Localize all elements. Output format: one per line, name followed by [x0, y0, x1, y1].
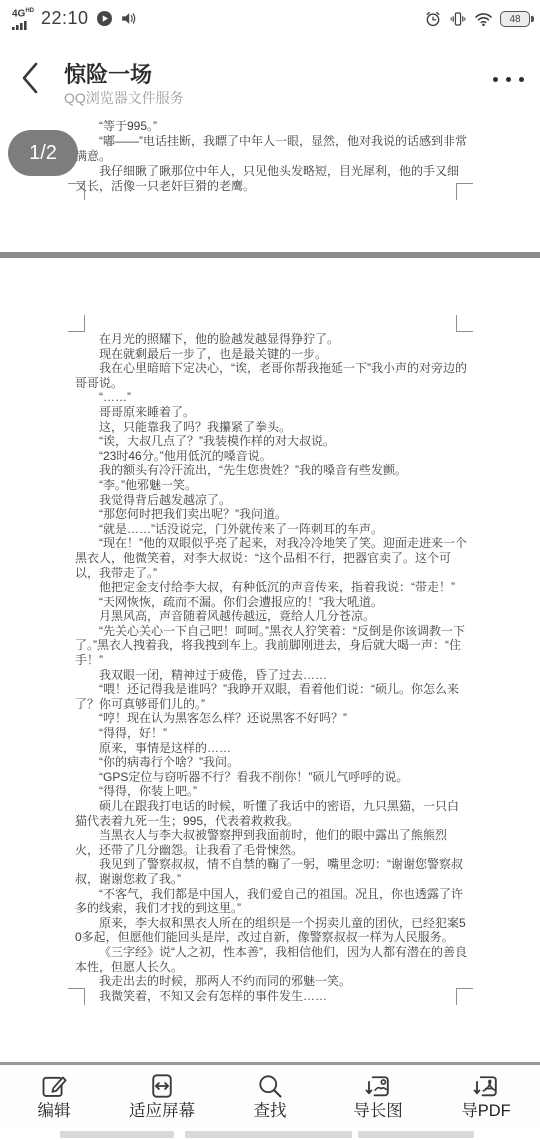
- doc-paragraph: “GPS定位与窃听器不行？看我不削你！”硕儿气呼呼的说。: [75, 770, 470, 785]
- vibrate-icon: [449, 10, 467, 28]
- nav-segment-left[interactable]: [60, 1131, 174, 1138]
- doc-paragraph: 我微笑着，不知又会有怎样的事件发生……: [75, 989, 470, 1004]
- doc-paragraph: “等于995。”: [75, 119, 470, 134]
- doc-paragraph: 我走出去的时候，那两人不约而同的邪魅一笑。: [75, 974, 470, 989]
- export-pdf-button[interactable]: 导PDF: [443, 1072, 529, 1120]
- doc-paragraph: “得得，你装上吧。”: [75, 784, 470, 799]
- page2-margin-mark-bottom-right: [456, 988, 473, 1005]
- doc-paragraph: 我仔细瞅了瞅那位中年人，只见他头发略短，目光犀利，他的手又细又长，活像一只老奸巨…: [75, 164, 470, 194]
- export-pdf-icon: [472, 1072, 500, 1100]
- export-image-icon: [364, 1072, 392, 1100]
- doc-paragraph: “那您何时把我们卖出呢？”我问道。: [75, 507, 470, 522]
- doc-paragraph: “23时46分。”他用低沉的嗓音说。: [75, 449, 470, 464]
- battery-icon: 48: [500, 11, 530, 27]
- network-type-label: 4G: [12, 9, 25, 20]
- doc-paragraph: 原来，事情是这样的……: [75, 741, 470, 756]
- status-bar: 4GHD 22:10: [0, 0, 540, 38]
- doc-paragraph: “嘟——”电话挂断，我瞟了中年人一眼，显然，他对我说的话感到非常满意。: [75, 134, 470, 164]
- nav-segment-center[interactable]: [185, 1131, 352, 1138]
- system-nav-bar: [0, 1128, 540, 1140]
- doc-paragraph: “你的病毒行个啥？”我问。: [75, 755, 470, 770]
- page2-margin-mark-top-left: [68, 315, 85, 332]
- doc-paragraph: 我在心里暗暗下定决心，“诶，老哥你帮我拖延一下”我小声的对旁边的哥哥说。: [75, 361, 470, 390]
- find-label: 查找: [254, 1102, 287, 1120]
- doc-paragraph: 这，只能靠我了吗？我攥紧了拳头。: [75, 420, 470, 435]
- chevron-left-icon: [20, 61, 40, 95]
- page-indicator-badge: 1/2: [8, 130, 78, 176]
- title-bar: 惊险一场 QQ浏览器文件服务: [0, 38, 540, 115]
- export-long-image-button[interactable]: 导长图: [335, 1072, 421, 1120]
- document-page-2[interactable]: 在月光的照耀下，他的脸越发越显得狰狞了。现在就剩最后一步了，也是最关键的一步。我…: [0, 258, 540, 1062]
- speaker-icon: [120, 10, 137, 27]
- battery-percent: 48: [509, 14, 520, 25]
- doc-paragraph: “天网恢恢，疏而不漏。你们会遭报应的！”我大吼道。: [75, 595, 470, 610]
- doc-paragraph: 我的额头有冷汗流出，“先生您贵姓？”我的嗓音有些发颤。: [75, 463, 470, 478]
- document-source: QQ浏览器文件服务: [64, 88, 184, 108]
- doc-paragraph: “哼！现在认为黑客怎么样？还说黑客不好吗？”: [75, 711, 470, 726]
- doc-paragraph: “先关心关心一下自己吧！呵呵。”黑衣人狞笑着：“反倒是你该调教一下了。”黑衣人拽…: [75, 624, 470, 668]
- find-button[interactable]: 查找: [227, 1072, 313, 1120]
- doc-paragraph: “……”: [75, 390, 470, 405]
- doc-paragraph: “诶，大叔几点了？”我装模作样的对大叔说。: [75, 434, 470, 449]
- edit-label: 编辑: [38, 1102, 71, 1120]
- doc-paragraph: 当黑衣人与李大叔被警察押到我面前时，他们的眼中露出了熊熊烈火，还带了几分幽怨。让…: [75, 828, 470, 857]
- back-button[interactable]: [12, 56, 48, 100]
- page2-margin-mark-bottom-left: [68, 988, 85, 1005]
- media-play-icon: [96, 10, 113, 27]
- page1-margin-mark-bottom-right: [456, 183, 473, 200]
- doc-paragraph: “就是……”话没说完，门外就传来了一阵刺耳的车声。: [75, 522, 470, 537]
- fit-screen-icon: [148, 1072, 176, 1100]
- doc-paragraph: “得得，好！”: [75, 726, 470, 741]
- fit-screen-button[interactable]: 适应屏幕: [119, 1072, 205, 1120]
- bottom-toolbar: 编辑 适应屏幕 查找 导长图 导PDF: [0, 1062, 540, 1128]
- doc-paragraph: 我见到了警察叔叔，情不自禁的鞠了一躬，嘴里念叨：“谢谢您警察叔叔，谢谢您救了我。…: [75, 857, 470, 886]
- fit-screen-label: 适应屏幕: [129, 1102, 195, 1120]
- doc-paragraph: “现在！”他的双眼似乎亮了起来，对我冷冷地笑了笑。迎面走进来一个黑衣人，他微笑着…: [75, 536, 470, 580]
- more-menu-button[interactable]: [476, 66, 524, 92]
- doc-paragraph: 现在就剩最后一步了，也是最关键的一步。: [75, 347, 470, 362]
- search-icon: [256, 1072, 284, 1100]
- doc-paragraph: 硕儿在跟我打电话的时候，听懂了我话中的密语，九只黑猫，一只白猫代表着九死一生；9…: [75, 799, 470, 828]
- page1-margin-mark-bottom-left: [68, 183, 85, 200]
- doc-paragraph: 哥哥原来睡着了。: [75, 405, 470, 420]
- export-pdf-label: 导PDF: [461, 1102, 511, 1120]
- doc-paragraph: 原来，李大叔和黑衣人所在的组织是一个拐卖儿童的团伙，已经犯案50多起，但愿他们能…: [75, 916, 470, 945]
- alarm-icon: [424, 10, 442, 28]
- doc-paragraph: 在月光的照耀下，他的脸越发越显得狰狞了。: [75, 332, 470, 347]
- doc-paragraph: “李。”他邪魅一笑。: [75, 478, 470, 493]
- wifi-icon: [474, 11, 493, 27]
- document-title: 惊险一场: [64, 58, 152, 89]
- doc-paragraph: 我双眼一闭，精神过于疲倦，昏了过去……: [75, 668, 470, 683]
- doc-paragraph: “不客气，我们都是中国人，我们爱自己的祖国。况且，你也透露了许多的线索，我们才找…: [75, 887, 470, 916]
- nav-segment-right[interactable]: [358, 1131, 474, 1138]
- doc-paragraph: 月黑风高，声音随着风越传越远，竟给人几分苍凉。: [75, 609, 470, 624]
- edit-icon: [40, 1072, 68, 1100]
- doc-paragraph: 他把定金支付给李大叔，有种低沉的声音传来，指着我说：“带走！”: [75, 580, 470, 595]
- doc-paragraph: 《三字经》说“人之初，性本善”，我相信他们，因为人都有潜在的善良本性，但愿人长久…: [75, 945, 470, 974]
- doc-paragraph: 我觉得背后越发越凉了。: [75, 493, 470, 508]
- hd-badge: HD: [25, 8, 34, 14]
- signal-strength-icon: 4GHD: [12, 8, 34, 29]
- page2-margin-mark-top-right: [456, 315, 473, 332]
- clock-time: 22:10: [41, 8, 89, 29]
- export-long-image-label: 导长图: [353, 1102, 403, 1120]
- edit-button[interactable]: 编辑: [11, 1072, 97, 1120]
- doc-paragraph: “喂！还记得我是谁吗？”我睁开双眼，看着他们说：“硕儿。你怎么来了？你可真够哥们…: [75, 682, 470, 711]
- ellipsis-icon: [493, 77, 498, 82]
